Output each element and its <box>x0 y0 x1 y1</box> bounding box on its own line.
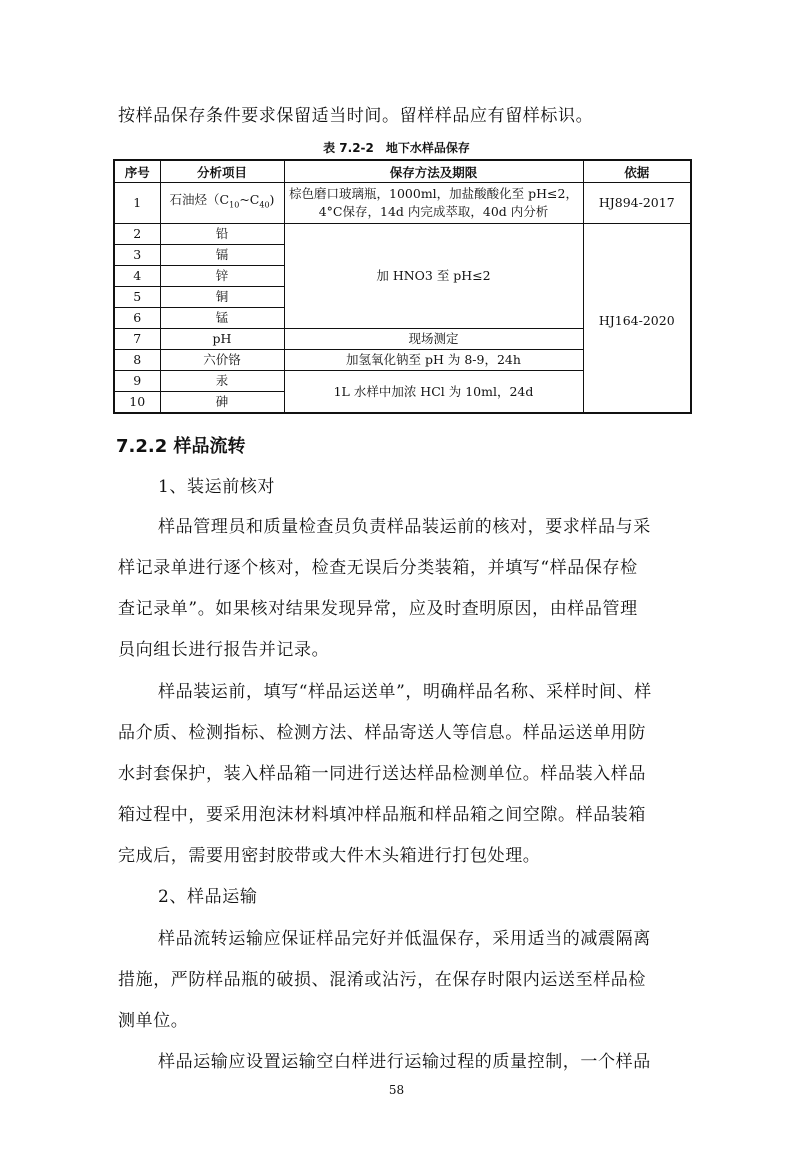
cell-method: 1L 水样中加浓 HCl 为 10ml，24d <box>284 371 583 414</box>
header-method: 保存方法及期限 <box>284 160 583 183</box>
cell-no: 5 <box>114 287 160 308</box>
subsection-title: 1、装运前核对 <box>158 475 718 499</box>
cell-item: 铜 <box>160 287 284 308</box>
paragraph-line: 箱过程中，要采用泡沫材料填冲样品瓶和样品箱之间空隙。样品装箱 <box>118 803 678 827</box>
cell-method: 加氢氧化钠至 pH 为 8-9，24h <box>284 350 583 371</box>
cell-no: 1 <box>114 183 160 224</box>
paragraph-line: 样记录单进行逐个核对，检查无误后分类装箱，并填写“样品保存检 <box>118 556 678 580</box>
cell-basis: HJ894-2017 <box>583 183 691 224</box>
header-basis: 依据 <box>583 160 691 183</box>
paragraph-line: 品介质、检测指标、检测方法、样品寄送人等信息。样品运送单用防 <box>118 721 678 745</box>
table-row: 1 石油烃（C10~C40) 棕色磨口玻璃瓶，1000ml，加盐酸酸化至 pH≤… <box>114 183 691 224</box>
header-item: 分析项目 <box>160 160 284 183</box>
paragraph-line: 水封套保护，装入样品箱一同进行送达样品检测单位。样品装入样品 <box>118 762 678 786</box>
cell-item: 砷 <box>160 392 284 414</box>
header-no: 序号 <box>114 160 160 183</box>
cell-method: 现场测定 <box>284 329 583 350</box>
paragraph-line: 样品运输应设置运输空白样进行运输过程的质量控制，一个样品 <box>158 1050 718 1074</box>
cell-item: 石油烃（C10~C40) <box>160 183 284 224</box>
paragraph-line: 完成后，需要用密封胶带或大件木头箱进行打包处理。 <box>118 844 678 868</box>
cell-no: 8 <box>114 350 160 371</box>
intro-text: 按样品保存条件要求保留适当时间。留样样品应有留样标识。 <box>118 104 678 128</box>
cell-item: 六价铬 <box>160 350 284 371</box>
cell-item: 锰 <box>160 308 284 329</box>
paragraph-line: 样品流转运输应保证样品完好并低温保存，采用适当的减震隔离 <box>158 927 718 951</box>
cell-item: pH <box>160 329 284 350</box>
paragraph-line: 测单位。 <box>118 1009 678 1033</box>
cell-item: 铅 <box>160 224 284 245</box>
cell-item: 锌 <box>160 266 284 287</box>
paragraph-line: 样品管理员和质量检查员负责样品装运前的核对，要求样品与采 <box>158 515 718 539</box>
table-caption: 表 7.2-2 地下水样品保存 <box>0 139 793 156</box>
table-header-row: 序号 分析项目 保存方法及期限 依据 <box>114 160 691 183</box>
cell-method: 棕色磨口玻璃瓶，1000ml，加盐酸酸化至 pH≤2，4°C保存，14d 内完成… <box>284 183 583 224</box>
cell-no: 7 <box>114 329 160 350</box>
cell-basis: HJ164-2020 <box>583 224 691 414</box>
paragraph-line: 措施，严防样品瓶的破损、混淆或沾污，在保存时限内运送至样品检 <box>118 968 678 992</box>
table-row: 2 铅 加 HNO3 至 pH≤2 HJ164-2020 <box>114 224 691 245</box>
paragraph-line: 员向组长进行报告并记录。 <box>118 638 678 662</box>
paragraph-line: 样品装运前，填写“样品运送单”，明确样品名称、采样时间、样 <box>158 680 718 704</box>
cell-item: 汞 <box>160 371 284 392</box>
subsection-title: 2、样品运输 <box>158 885 718 909</box>
paragraph-line: 查记录单”。如果核对结果发现异常，应及时查明原因，由样品管理 <box>118 597 678 621</box>
cell-item: 镉 <box>160 245 284 266</box>
cell-no: 10 <box>114 392 160 414</box>
cell-no: 3 <box>114 245 160 266</box>
sample-preservation-table: 序号 分析项目 保存方法及期限 依据 1 石油烃（C10~C40) 棕色磨口玻璃… <box>113 159 692 414</box>
page-number: 58 <box>0 1083 793 1097</box>
method-line-2: 4°C保存，14d 内完成萃取，40d 内分析 <box>289 203 579 221</box>
method-line-1: 棕色磨口玻璃瓶，1000ml，加盐酸酸化至 pH≤2， <box>289 185 579 203</box>
cell-no: 4 <box>114 266 160 287</box>
cell-no: 9 <box>114 371 160 392</box>
cell-method: 加 HNO3 至 pH≤2 <box>284 224 583 329</box>
cell-no: 2 <box>114 224 160 245</box>
cell-no: 6 <box>114 308 160 329</box>
section-heading: 7.2.2 样品流转 <box>116 432 246 458</box>
